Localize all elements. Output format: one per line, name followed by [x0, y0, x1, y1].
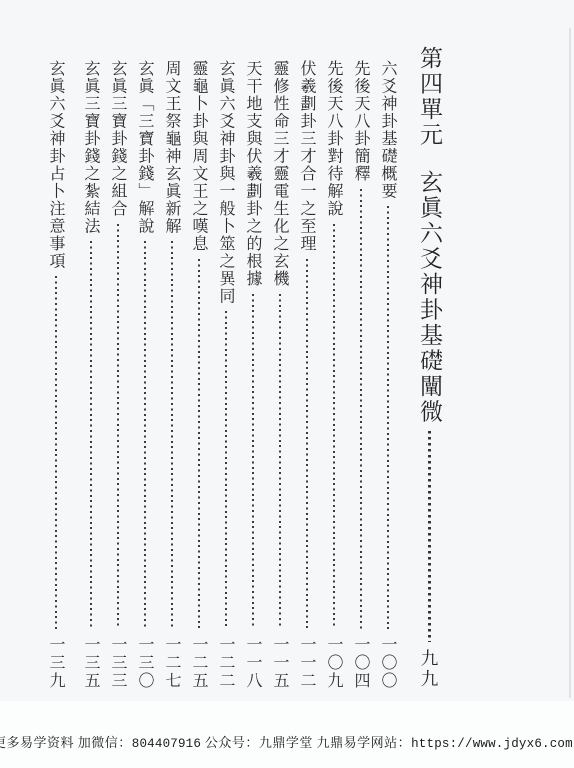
entry-page-number: 一一八	[241, 636, 264, 690]
section-title-column: 第四單元 玄眞六爻神卦基礎闡微 九九	[414, 46, 445, 690]
dotted-leader	[55, 276, 57, 629]
entry-label: 伏羲劃卦三才合一之至理	[295, 60, 318, 253]
toc-entry: 先後天八卦對待解說 一〇九	[320, 60, 347, 690]
entry-label: 玄眞六爻神卦占卜注意事項	[44, 60, 67, 270]
entry-label: 先後天八卦簡釋	[349, 60, 372, 183]
entry-page-number: 一三〇	[133, 636, 156, 690]
toc-entry: 玄眞六爻神卦占卜注意事項 一三九	[42, 60, 69, 690]
entry-label: 先後天八卦對待解說	[322, 60, 345, 218]
dotted-leader	[279, 294, 281, 630]
dotted-leader	[198, 259, 200, 630]
toc-entry: 靈修性命三才靈電生化之玄機 一一五	[266, 60, 293, 690]
title-page-number: 九九	[417, 649, 442, 690]
footer-website-url: https://www.jdyx6.com	[411, 737, 573, 751]
entry-page-number: 一〇四	[349, 636, 372, 690]
toc-entry: 靈龜卜卦與周文王之嘆息 一二五	[185, 60, 212, 690]
footer-official-account-and-site-label: 公众号：九鼎学堂 九鼎易学网站：	[201, 735, 411, 750]
entry-label: 靈龜卜卦與周文王之嘆息	[187, 60, 210, 253]
entry-page-number: 一一二	[295, 636, 318, 690]
toc-entry: 玄眞三寶卦錢之組合 一三三	[104, 60, 131, 690]
entry-label: 玄眞「三寶卦錢」解說	[133, 60, 156, 235]
footer-promo-text: 更多易学资料 加微信：804407916 公众号：九鼎学堂 九鼎易学网站：htt…	[0, 733, 573, 754]
entry-label: 靈修性命三才靈電生化之玄機	[268, 60, 291, 288]
toc-entry: 六爻神卦基礎概要 一〇〇	[374, 60, 401, 690]
toc-entry: 天干地支與伏羲劃卦之的根據 一一八	[239, 60, 266, 690]
entry-page-number: 一二七	[160, 636, 183, 690]
entry-page-number: 一一五	[268, 636, 291, 690]
scan-page-edge-line	[569, 28, 571, 698]
scanned-book-page: 第四單元 玄眞六爻神卦基礎闡微 九九 六爻神卦基礎概要 一〇〇 先後天八卦簡釋 …	[0, 0, 574, 768]
entry-page-number: 一三五	[79, 636, 102, 690]
footer-wechat-id: 804407916	[132, 737, 201, 751]
toc-entry: 先後天八卦簡釋 一〇四	[347, 60, 374, 690]
toc-entry: 玄眞三寶卦錢之紮結法 一三五	[77, 60, 104, 690]
toc-entry: 伏羲劃卦三才合一之至理 一一二	[293, 60, 320, 690]
entry-page-number: 一〇〇	[376, 636, 399, 690]
footer-resources-and-wechat-label: 更多易学资料 加微信：	[0, 735, 132, 750]
dotted-leader	[171, 241, 173, 629]
toc-entry: 周文王祭龜神玄眞新解 一二七	[158, 60, 185, 690]
entry-page-number: 一〇九	[322, 636, 345, 690]
entry-label: 周文王祭龜神玄眞新解	[160, 60, 183, 235]
dotted-leader	[90, 241, 92, 629]
entry-label: 玄眞六爻神卦與一般卜筮之異同	[214, 60, 237, 305]
dotted-leader	[428, 431, 431, 642]
entry-page-number: 一三三	[106, 636, 129, 690]
section-unit-label: 第四單元	[413, 46, 446, 148]
toc-entry: 玄眞六爻神卦與一般卜筮之異同 一二二	[212, 60, 239, 690]
toc-entry: 玄眞「三寶卦錢」解說 一三〇	[131, 60, 158, 690]
entry-label: 玄眞三寶卦錢之組合	[106, 60, 129, 218]
dotted-leader	[306, 259, 308, 630]
dotted-leader	[360, 189, 362, 630]
entry-label: 六爻神卦基礎概要	[376, 60, 399, 200]
section-title-text: 玄眞六爻神卦基礎闡微	[413, 170, 446, 425]
entry-page-number: 一二二	[214, 636, 237, 690]
dotted-leader	[117, 224, 119, 630]
dotted-leader	[252, 294, 254, 630]
entry-label: 天干地支與伏羲劃卦之的根據	[241, 60, 264, 288]
entry-label: 玄眞三寶卦錢之紮結法	[79, 60, 102, 235]
dotted-leader	[144, 241, 146, 629]
entry-page-number: 一二五	[187, 636, 210, 690]
entry-page-number: 一三九	[44, 636, 67, 690]
dotted-leader	[225, 311, 227, 629]
dotted-leader	[333, 224, 335, 630]
dotted-leader	[387, 206, 389, 629]
table-of-contents: 第四單元 玄眞六爻神卦基礎闡微 九九 六爻神卦基礎概要 一〇〇 先後天八卦簡釋 …	[40, 46, 445, 690]
